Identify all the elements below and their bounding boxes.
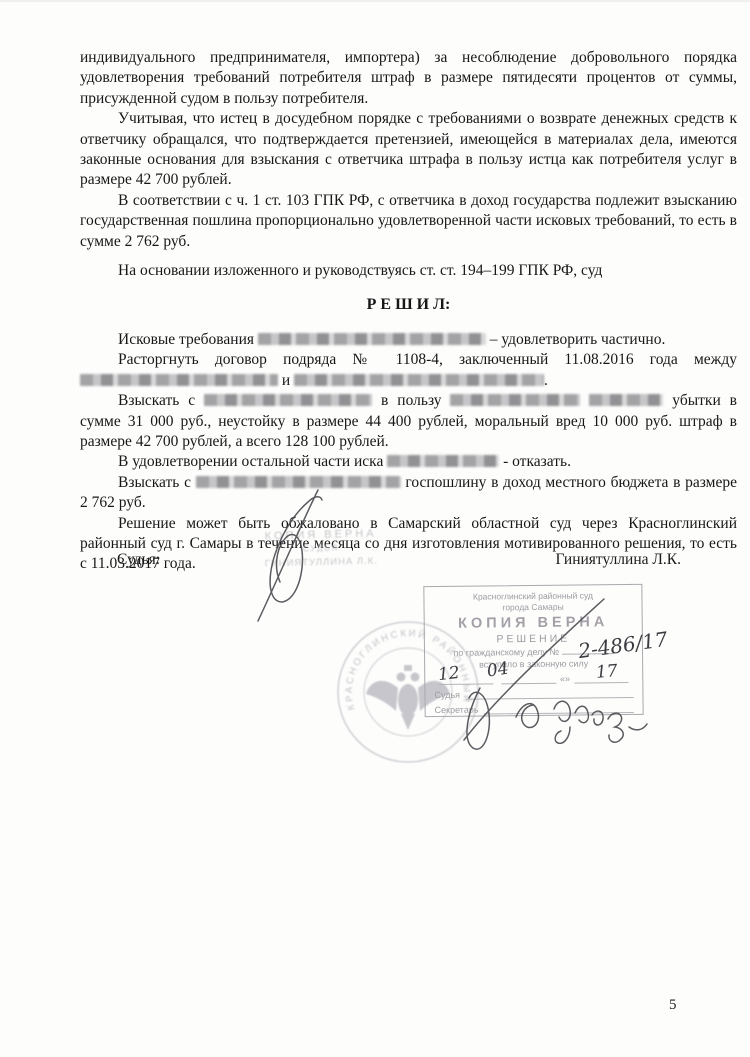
- redacted-name: [258, 333, 486, 345]
- paragraph-2: Учитывая, что истец в досудебном порядке…: [80, 109, 737, 191]
- paragraph-9: В удовлетворении остальной части иска - …: [80, 452, 737, 472]
- judge-name: Гиниятуллина Л.К.: [556, 551, 681, 569]
- redacted-name: [196, 476, 401, 488]
- paragraph-6: Исковые требования – удовлетворить части…: [80, 330, 737, 350]
- judge-signature-ink: [246, 488, 376, 628]
- scanned-court-decision-page: индивидуального предпринимателя, импорте…: [0, 0, 750, 1057]
- paragraph-1: индивидуального предпринимателя, импорте…: [80, 48, 737, 109]
- redacted-name: [294, 374, 544, 386]
- redacted-name: [204, 394, 372, 406]
- paragraph-10: Взыскать с госпошлину в доход местного б…: [80, 473, 737, 514]
- judge-label: Судья:: [80, 551, 160, 569]
- redacted-name: [387, 455, 499, 467]
- paragraph-8: Взыскать с в пользу убытки в сумме 31 00…: [80, 391, 737, 452]
- redacted-name: [450, 394, 580, 406]
- paragraph-5: Р Е Ш И Л:: [80, 295, 737, 315]
- secretary-signature-ink: [420, 575, 660, 790]
- page-number: 5: [669, 997, 677, 1014]
- redacted-name: [80, 374, 278, 386]
- paragraph-4: На основании изложенного и руководствуяс…: [80, 261, 737, 281]
- signature-row: Судья: Гиниятуллина Л.К.: [80, 551, 737, 569]
- document-body: индивидуального предпринимателя, импорте…: [80, 48, 737, 575]
- paragraph-3: В соответствии с ч. 1 ст. 103 ГПК РФ, с …: [80, 191, 737, 252]
- redacted-name: [589, 394, 663, 406]
- paragraph-7: Расторгнуть договор подряда № 1108-4, за…: [80, 350, 737, 391]
